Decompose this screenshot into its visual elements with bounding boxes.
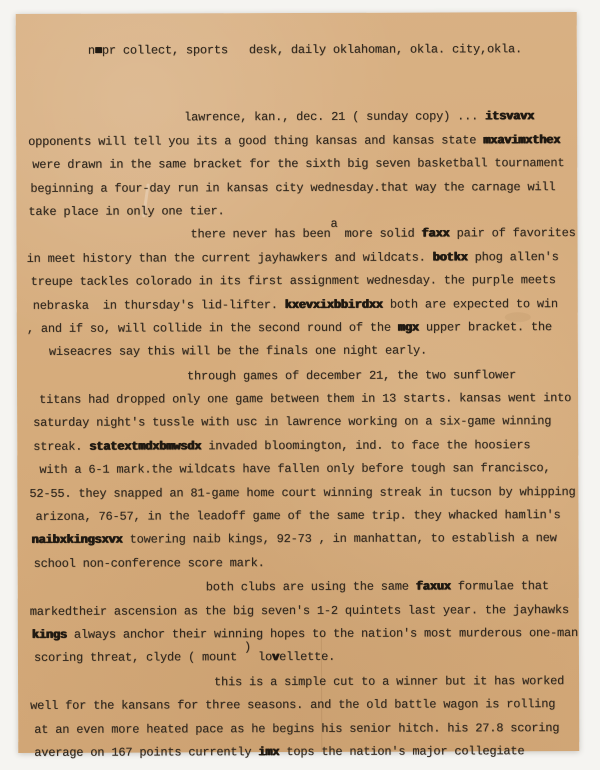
struck-out-text: mxavimxthex — [483, 133, 560, 147]
typed-line: , and if so, will collide in the second … — [27, 316, 572, 341]
struck-out-text: faxx — [422, 227, 450, 241]
typed-text: lawrence, kan., dec. 21 ( sunday copy) .… — [184, 110, 485, 125]
typed-text: invaded bloomington, ind. to face the ho… — [201, 438, 530, 453]
typed-text: wiseacres say this will be the finals on… — [49, 344, 427, 359]
typed-line: school non-conference score mark. — [34, 551, 573, 576]
typed-text: in meet history than the current jayhawk… — [27, 250, 433, 265]
typed-text: arizona, 76-57, in the leadoff game of t… — [35, 508, 560, 524]
typed-text: through games of december 21, the two su… — [187, 368, 516, 383]
typed-text: beginning a four-day run in kansas city … — [30, 180, 555, 196]
typed-text: lo — [251, 650, 272, 664]
typed-line: beginning a four-day run in kansas city … — [30, 176, 571, 201]
typed-text: scoring threat, clyde ( mount — [34, 651, 244, 666]
typed-text: school non-conference score mark. — [34, 556, 265, 571]
typed-text: pair of favorites — [450, 226, 576, 240]
typed-line: in meet history than the current jayhawk… — [27, 246, 572, 271]
typed-line: nebraska in thursday's lid-lifter. kxevx… — [33, 293, 572, 318]
typed-line: lawrence, kan., dec. 21 ( sunday copy) .… — [184, 105, 571, 130]
typed-text: treupe tackles colorado in its first ass… — [31, 273, 556, 289]
typed-line: titans had dropped only one game between… — [39, 387, 572, 412]
typed-text: pr collect, sports desk, daily oklahoman… — [102, 42, 522, 57]
struck-out-text: naibxkingsxvx — [32, 533, 123, 547]
typed-line: naibxkingsxvx towering naib kings, 92-73… — [32, 527, 573, 552]
typed-line: arizona, 76-57, in the leadoff game of t… — [35, 504, 572, 529]
typed-line: at an even more heated pace as he begins… — [34, 717, 573, 742]
typed-line: treupe tackles colorado in its first ass… — [31, 269, 572, 294]
typed-line: wiseacres say this will be the finals on… — [49, 339, 572, 364]
document-page: n■pr collect, sports desk, daily oklahom… — [16, 12, 580, 753]
struck-out-text: mgx — [398, 320, 419, 334]
typed-text: both are expected to win — [383, 297, 558, 312]
typed-text: ellette. — [279, 650, 335, 664]
typed-text: saturday night's tussle with usc in lawr… — [33, 415, 551, 431]
typed-text-body: n■pr collect, sports desk, daily oklahom… — [26, 26, 574, 765]
typed-text: upper bracket. the — [419, 320, 552, 334]
typed-line: scoring threat, clyde ( mount ) lovellet… — [34, 645, 573, 670]
typed-line: well for the kansans for three seasons. … — [30, 693, 573, 718]
typed-text: , and if so, will collide in the second … — [27, 321, 398, 336]
typed-text: titans had dropped only one game between… — [39, 391, 571, 407]
typed-text: phog allen's — [468, 250, 559, 264]
typed-line: 52-55. they snapped an 81-game home cour… — [29, 481, 572, 506]
typed-text: opponents will tell you its a good thing… — [28, 133, 483, 149]
typed-text: streak. — [33, 440, 89, 454]
typed-text: there never has been — [190, 227, 330, 241]
typed-text: formulae that — [451, 579, 549, 593]
typed-text: well for the kansans for three seasons. … — [30, 697, 555, 713]
typed-line: take place in only one tier. — [28, 199, 571, 224]
typed-line: with a 6-1 mark.the wildcats have fallen… — [39, 457, 572, 482]
typed-text: more solid — [338, 227, 422, 241]
struck-out-text: imx — [258, 745, 279, 759]
typed-text: 52-55. they snapped an 81-game home cour… — [29, 485, 575, 501]
typed-text: always anchor their winning hopes to the… — [67, 626, 578, 642]
struck-out-text: botkx — [433, 250, 468, 264]
inserted-above-line-text: a — [330, 217, 337, 231]
typed-text: tops the nation's major collegiate — [279, 744, 524, 759]
typed-text: were drawn in the same bracket for the s… — [32, 156, 564, 172]
inserted-above-line-text: ) — [244, 641, 251, 655]
typed-line: n■pr collect, sports desk, daily oklahom… — [88, 38, 571, 63]
typed-text: at an even more heated pace as he begins… — [34, 721, 559, 737]
struck-out-text: statextmdxbmwsdx — [89, 439, 201, 453]
typed-line: average on 167 points currently imx tops… — [34, 740, 573, 765]
typed-text: both clubs are using the same — [206, 580, 416, 595]
typed-line: kings always anchor their winning hopes … — [32, 622, 573, 647]
typed-line: through games of december 21, the two su… — [187, 364, 572, 389]
typed-line: were drawn in the same bracket for the s… — [32, 152, 571, 177]
typed-text: n — [88, 44, 95, 58]
typed-text: this is a simple cut to a winner but it … — [214, 674, 564, 689]
typed-line: this is a simple cut to a winner but it … — [214, 670, 573, 695]
typed-line: streak. statextmdxbmwsdx invaded bloomin… — [33, 434, 572, 459]
typed-line: opponents will tell you its a good thing… — [28, 129, 571, 154]
typed-text: markedtheir ascension as the big seven's… — [30, 603, 569, 619]
typed-line: markedtheir ascension as the big seven's… — [30, 599, 573, 624]
struck-out-text: kings — [32, 628, 67, 642]
struck-out-text: faxux — [416, 580, 451, 594]
typed-text: take place in only one tier. — [28, 204, 224, 219]
typed-text: nebraska in thursday's lid-lifter. — [33, 298, 285, 313]
struck-out-text: kxevxixbbirdxx — [285, 297, 383, 311]
typed-line: saturday night's tussle with usc in lawr… — [33, 411, 572, 436]
typed-line: there never has beena more solid faxx pa… — [190, 222, 571, 247]
typed-text: towering naib kings, 92-73 , in manhatta… — [123, 532, 557, 548]
typed-text: with a 6-1 mark.the wildcats have fallen… — [39, 461, 550, 477]
typed-line: both clubs are using the same faxux form… — [206, 575, 573, 600]
struck-out-text: itsvavx — [485, 110, 534, 124]
typed-text: average on 167 points currently — [34, 745, 258, 760]
